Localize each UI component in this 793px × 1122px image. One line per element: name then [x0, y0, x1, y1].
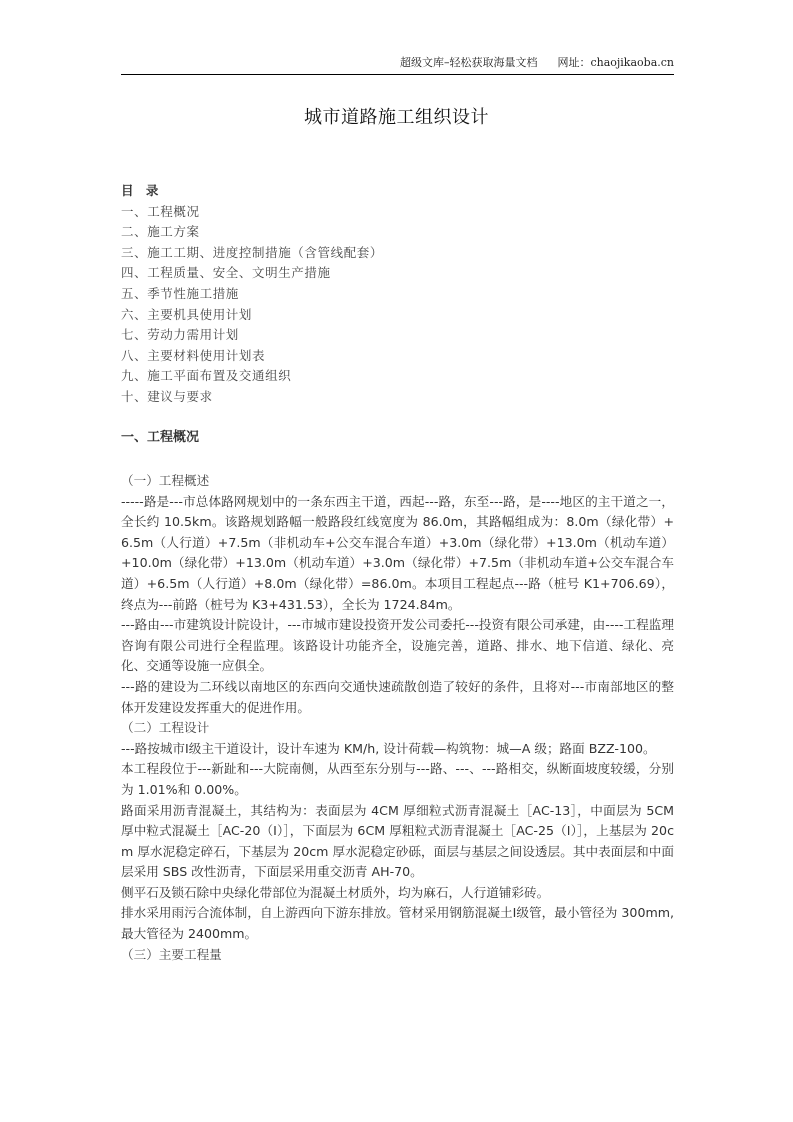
toc-heading: 目 录 — [121, 181, 674, 202]
paragraph: -----路是---市总体路网规划中的一条东西主干道，西起---路，东至---路… — [121, 492, 674, 616]
section-heading: 一、工程概况 — [121, 428, 199, 448]
page-header: 超级文库–轻松获取海量文档网址：chaojikaoba.cn — [121, 56, 674, 75]
toc-item: 八、主要材料使用计划表 — [121, 346, 674, 367]
toc-item: 十、建议与要求 — [121, 387, 674, 408]
paragraph: ---路由---市建筑设计院设计，---市城市建设投资开发公司委托---投资有限… — [121, 615, 674, 677]
paragraph: 路面采用沥青混凝土，其结构为：表面层为 4CM 厚细粒式沥青混凝土［AC-13］… — [121, 801, 674, 883]
toc-item: 九、施工平面布置及交通组织 — [121, 366, 674, 387]
paragraph: 侧平石及锁石除中央绿化带部位为混凝土材质外，均为麻石，人行道铺彩砖。 — [121, 883, 674, 904]
toc-item: 四、工程质量、安全、文明生产措施 — [121, 263, 674, 284]
toc-item: 七、劳动力需用计划 — [121, 325, 674, 346]
toc-item: 六、主要机具使用计划 — [121, 305, 674, 326]
toc-item: 二、施工方案 — [121, 222, 674, 243]
paragraph: ---路的建设为二环线以南地区的东西向交通快速疏散创造了较好的条件，且将对---… — [121, 677, 674, 718]
subsection-heading: （一）工程概述 — [121, 471, 674, 492]
toc-item: 五、季节性施工措施 — [121, 284, 674, 305]
subsection-heading: （二）工程设计 — [121, 718, 674, 739]
paragraph: ---路按城市Ⅰ级主干道设计，设计车速为 KM/h, 设计荷载—构筑物：城—A … — [121, 739, 674, 760]
site-url-label[interactable]: 网址：chaojikaoba.cn — [557, 56, 674, 69]
paragraph: 本工程段位于---新趾和---大院南侧，从西至东分别与---路、---、---路… — [121, 759, 674, 800]
document-title: 城市道路施工组织设计 — [0, 106, 793, 130]
subsection-heading: （三）主要工程量 — [121, 945, 674, 966]
site-name: 超级文库–轻松获取海量文档 — [400, 56, 538, 69]
toc-item: 三、施工工期、进度控制措施（含管线配套） — [121, 243, 674, 264]
paragraph: 排水采用雨污合流体制，自上游西向下游东排放。管材采用钢筋混凝土I级管，最小管径为… — [121, 903, 674, 944]
section-body: （一）工程概述 -----路是---市总体路网规划中的一条东西主干道，西起---… — [121, 471, 674, 965]
table-of-contents: 目 录 一、工程概况 二、施工方案 三、施工工期、进度控制措施（含管线配套） 四… — [121, 181, 674, 408]
toc-item: 一、工程概况 — [121, 202, 674, 223]
